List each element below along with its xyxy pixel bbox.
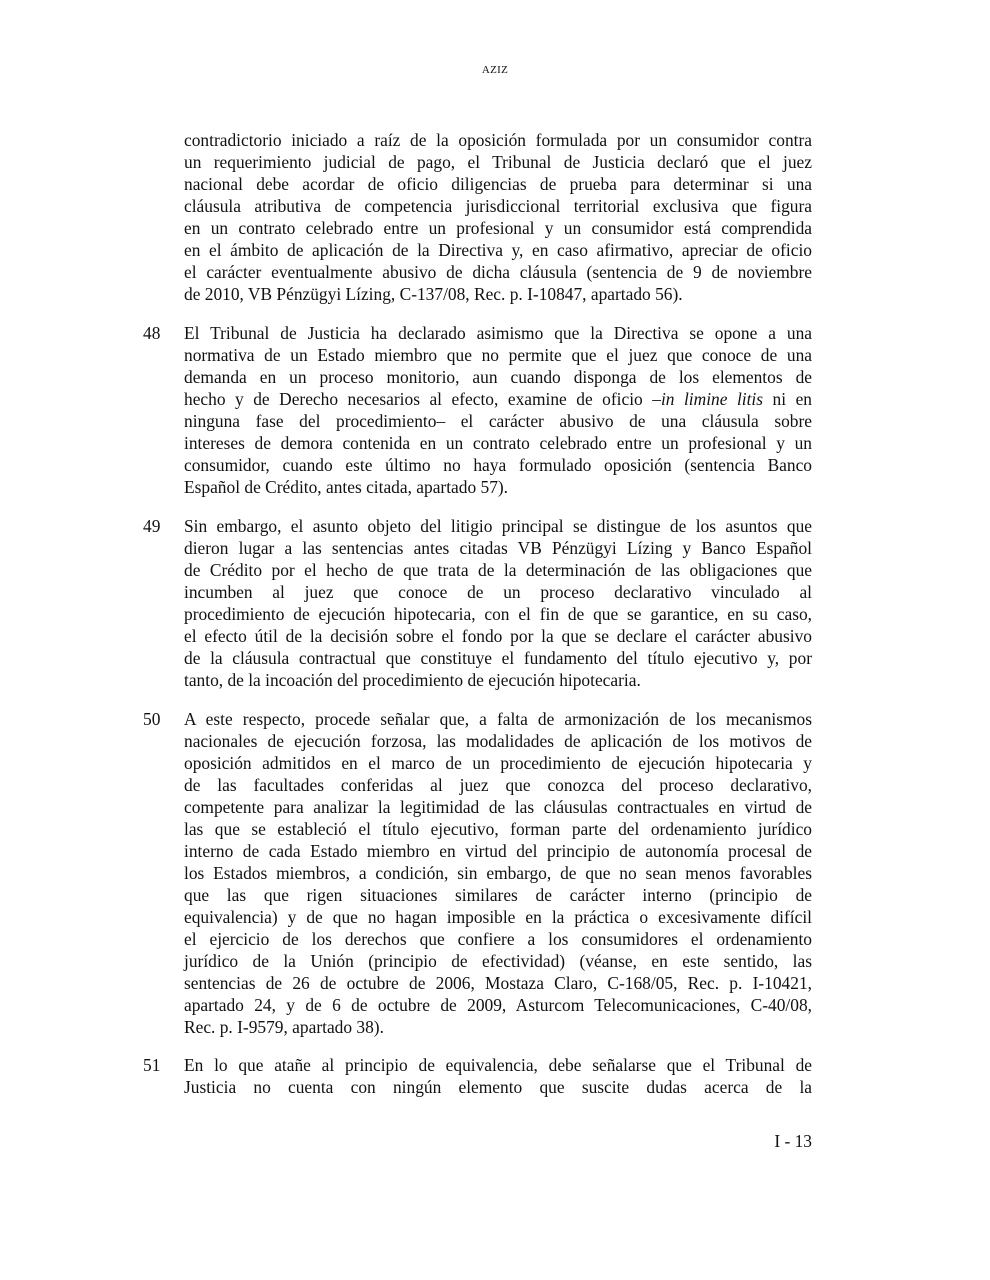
- text-line: interno de cada Estado miembro en virtud…: [184, 840, 812, 862]
- italic-phrase: in limine litis: [661, 389, 763, 409]
- text-line: cláusula atributiva de competencia juris…: [184, 195, 812, 217]
- text-line: tanto, de la incoación del procedimiento…: [184, 669, 812, 691]
- paragraph-text: El Tribunal de Justicia ha declarado asi…: [184, 322, 812, 498]
- text-line: Español de Crédito, antes citada, aparta…: [184, 476, 812, 498]
- text-line-with-italic: hecho y de Derecho necesarios al efecto,…: [184, 388, 812, 410]
- paragraph-number: 49: [143, 515, 160, 537]
- text-line: el carácter eventualmente abusivo de dic…: [184, 261, 812, 283]
- text-line: consumidor, cuando este último no haya f…: [184, 454, 812, 476]
- text-line: contradictorio iniciado a raíz de la opo…: [184, 129, 812, 151]
- text-line: el efecto útil de la decisión sobre el f…: [184, 625, 812, 647]
- text-line: ninguna fase del procedimiento– el carác…: [184, 410, 812, 432]
- text-line: Sin embargo, el asunto objeto del litigi…: [184, 515, 812, 537]
- text-line: A este respecto, procede señalar que, a …: [184, 708, 812, 730]
- paragraph-text: Sin embargo, el asunto objeto del litigi…: [184, 515, 812, 691]
- text-line: En lo que atañe al principio de equivale…: [184, 1054, 812, 1076]
- text-line: de las facultades conferidas al juez que…: [184, 774, 812, 796]
- paragraph-number: 50: [143, 708, 160, 730]
- text-line: nacional debe acordar de oficio diligenc…: [184, 173, 812, 195]
- text-line: que las que rigen situaciones similares …: [184, 884, 812, 906]
- text-line: sentencias de 26 de octubre de 2006, Mos…: [184, 972, 812, 994]
- text-line: equivalencia) y de que no hagan imposibl…: [184, 906, 812, 928]
- paragraph-number: 51: [143, 1054, 160, 1076]
- paragraph-text: En lo que atañe al principio de equivale…: [184, 1054, 812, 1098]
- running-header: AZIZ: [0, 64, 990, 76]
- text-line: procedimiento de ejecución hipotecaria, …: [184, 603, 812, 625]
- text-line: un requerimiento judicial de pago, el Tr…: [184, 151, 812, 173]
- text-line: jurídico de la Unión (principio de efect…: [184, 950, 812, 972]
- text-line: los Estados miembros, a condición, sin e…: [184, 862, 812, 884]
- text-line: intereses de demora contenida en un cont…: [184, 432, 812, 454]
- text-line: Rec. p. I-9579, apartado 38).: [184, 1016, 812, 1038]
- paragraph-text: A este respecto, procede señalar que, a …: [184, 708, 812, 1038]
- text-line: El Tribunal de Justicia ha declarado asi…: [184, 322, 812, 344]
- text-line: de la cláusula contractual que constituy…: [184, 647, 812, 669]
- page-number: I - 13: [774, 1131, 812, 1152]
- text-line: competente para analizar la legitimidad …: [184, 796, 812, 818]
- text-line: de 2010, VB Pénzügyi Lízing, C-137/08, R…: [184, 283, 812, 305]
- text-line: en el ámbito de aplicación de la Directi…: [184, 239, 812, 261]
- text-line: las que se estableció el título ejecutiv…: [184, 818, 812, 840]
- text-line: nacionales de ejecución forzosa, las mod…: [184, 730, 812, 752]
- text-line: dieron lugar a las sentencias antes cita…: [184, 537, 812, 559]
- text-line: el ejercicio de los derechos que confier…: [184, 928, 812, 950]
- text-line: Justicia no cuenta con ningún elemento q…: [184, 1076, 812, 1098]
- text-line: demanda en un proceso monitorio, aun cua…: [184, 366, 812, 388]
- text-line: incumben al juez que conoce de un proces…: [184, 581, 812, 603]
- text-line: oposición admitidos en el marco de un pr…: [184, 752, 812, 774]
- paragraph-number: 48: [143, 322, 160, 344]
- paragraph-text: contradictorio iniciado a raíz de la opo…: [184, 129, 812, 305]
- text-line: normativa de un Estado miembro que no pe…: [184, 344, 812, 366]
- text-line: en un contrato celebrado entre un profes…: [184, 217, 812, 239]
- text-line: apartado 24, y de 6 de octubre de 2009, …: [184, 994, 812, 1016]
- text-line: de Crédito por el hecho de que trata de …: [184, 559, 812, 581]
